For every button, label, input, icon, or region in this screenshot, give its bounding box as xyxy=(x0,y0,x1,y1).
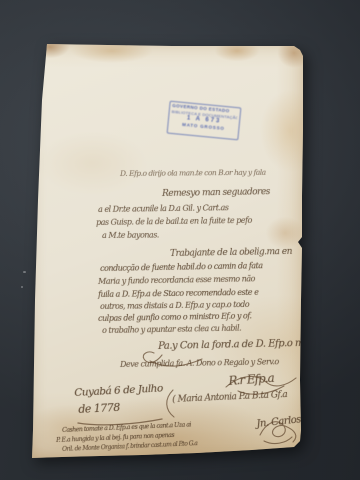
manuscript-line: a M.te bayonas. xyxy=(102,231,159,240)
manuscript-line: outros, mas distais a D. Efp.a y cap.o t… xyxy=(100,300,249,311)
manuscript-heading: D. Efp.o dirijo ola man.te con B.or hay … xyxy=(120,168,266,178)
dateline-place: Cuyabá 6 de Julho xyxy=(74,382,163,399)
manuscript-line: Trabajante de la obelig.ma en xyxy=(170,247,292,259)
manuscript-line: Remesyo man seguadores xyxy=(162,187,270,199)
paper-shadow-wrap: GOVERNO DO ESTADO BIBLIOTECA E DOCUMENTA… xyxy=(32,43,304,459)
dateline-year: de 1778 xyxy=(78,401,120,416)
manuscript-line: Deve cumplida fa. A. Dono o Regalo y Ser… xyxy=(120,357,279,369)
signature-center: ( Maria Antonia P.a B.ta Gf.a xyxy=(172,390,287,405)
manuscript-line: pas Guisp. de la de bail.ta en la fuite … xyxy=(96,216,252,227)
manuscript-page: GOVERNO DO ESTADO BIBLIOTECA E DOCUMENTA… xyxy=(32,43,304,459)
dust-speck xyxy=(23,271,26,273)
dust-speck xyxy=(21,286,23,288)
manuscript-line: fuila a D. Efp.a de Staco recomendado es… xyxy=(98,288,258,299)
manuscript-line: culpas del gunfio como o ministro Ef.o y… xyxy=(98,311,252,323)
note-signature-underswash xyxy=(264,437,292,444)
archive-stamp: GOVERNO DO ESTADO BIBLIOTECA E DOCUMENTA… xyxy=(167,101,242,141)
manuscript-line: o trabalho y apuntar esta clea cu habil. xyxy=(102,324,241,335)
bottom-edge-squiggle xyxy=(270,452,300,455)
signature-right: R.r Efp.a xyxy=(228,371,274,388)
note-signature: Jn. Carlos xyxy=(256,414,301,430)
manuscript-line: Maria y fundo recordancia esse mesmo não xyxy=(98,274,255,286)
manuscript-line: Pa.y Con la ford.a de D. Efp.o mcas xyxy=(158,338,319,352)
photo-of-manuscript: GOVERNO DO ESTADO BIBLIOTECA E DOCUMENTA… xyxy=(0,0,360,480)
manuscript-line: a el Dr.te acunile la D.a Gil. y Cart.as xyxy=(98,203,228,214)
manuscript-line: conducção de fuente habil.do o camin da … xyxy=(100,261,263,273)
